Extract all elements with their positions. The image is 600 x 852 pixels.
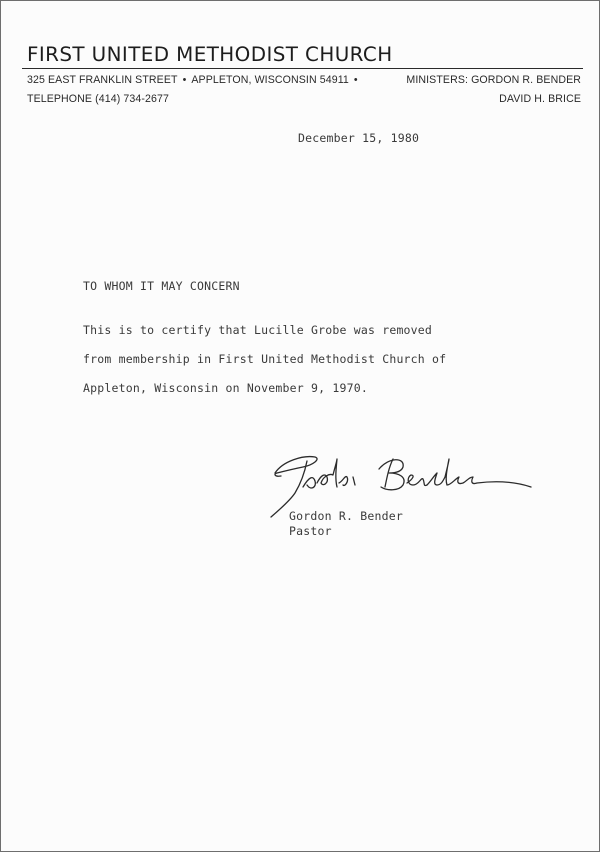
letter-page: FIRST UNITED METHODIST CHURCH 325 EAST F… — [0, 0, 600, 852]
letterhead-title: FIRST UNITED METHODIST CHURCH — [27, 43, 393, 66]
salutation: TO WHOM IT MAY CONCERN — [83, 279, 240, 293]
body-line: This is to certify that Lucille Grobe wa… — [83, 323, 432, 337]
letterhead-divider — [22, 68, 583, 69]
telephone: TELEPHONE (414) 734-2677 — [27, 93, 169, 105]
body-line: from membership in First United Methodis… — [83, 352, 446, 366]
body-line: Appleton, Wisconsin on November 9, 1970. — [83, 381, 368, 395]
bullet-separator: • — [183, 74, 187, 86]
second-minister: DAVID H. BRICE — [499, 93, 581, 105]
city-state-zip: APPLETON, WISCONSIN 54911 — [191, 74, 349, 86]
bullet-separator: • — [354, 74, 358, 86]
ministers-line: MINISTERS: GORDON R. BENDER — [406, 74, 581, 86]
letter-date: December 15, 1980 — [298, 131, 419, 145]
signer-name: Gordon R. Bender — [289, 509, 403, 523]
letterhead-address-line: 325 EAST FRANKLIN STREET•APPLETON, WISCO… — [27, 74, 363, 86]
street-address: 325 EAST FRANKLIN STREET — [27, 74, 178, 86]
signer-title: Pastor — [289, 524, 332, 538]
